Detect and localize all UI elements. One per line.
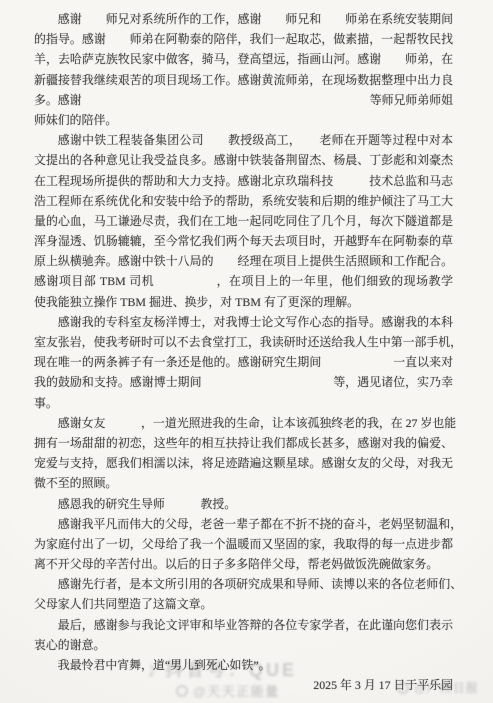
text-line: 为家庭付出了一切，父母给了我一个温暖而又坚固的家，我取得的每一点进步都	[34, 534, 453, 554]
text-line: 羊，去哈萨克族牧民家中做客，骑马，登高望远，指画山河。感谢 师弟，在	[34, 49, 453, 69]
text-line: 感谢女友 ，一道光照进我的生命，让本该孤独终老的我，在 27 岁也能	[34, 413, 453, 433]
text-line: 多。感谢 等师兄师弟师姐	[34, 90, 453, 110]
text-line: 原上纵横驰奔。感谢中铁十八局的 经理在项目上提供生活照顾和工作配合。	[34, 251, 453, 271]
text-line: 浑身湿透、饥肠辘辘，至今常忆我们两个每天去项目时，开越野车在阿勒泰的草	[34, 231, 453, 251]
text-line: 感谢中铁工程装备集团公司 教授级高工， 老师在开题等过程中对本	[34, 130, 453, 150]
text-line: 我的鼓励和支持。感谢博士期间 等，遇见诸位，实乃幸	[34, 372, 453, 392]
text-line: 感恩我的研究生导师 教授。	[34, 494, 453, 514]
acknowledgement-text: 感谢 师兄对系统所作的工作，感谢 师兄和 师弟在系统安装期间 的指导。感谢 师弟…	[34, 9, 453, 695]
text-line: 衷心的谢意。	[34, 635, 453, 655]
text-line-left: 多。感谢	[34, 90, 82, 110]
text-line: 室友张岩，使我考研时可以不去食堂打工，我读研时还送给我人生中第一部手机，	[34, 332, 453, 352]
text-line: 新疆接替我继续艰苦的项目现场工作。感谢黄流师弟，在现场数据整理中出力良	[34, 70, 453, 90]
text-line: 微不至的照顾。	[34, 473, 453, 493]
text-line: 感谢 师兄对系统所作的工作，感谢 师兄和 师弟在系统安装期间	[34, 9, 453, 29]
text-line: 我最怜君中宵舞，道“男儿到死心如铁”。	[34, 655, 453, 675]
thesis-acknowledgement-photo: ♪ 抖音号：QUE @天天正能量 @广州日报 感谢 师兄对系统所作的工作，感谢 …	[0, 0, 493, 703]
text-line: 感谢我的专科室友杨洋博士，对我博士论文写作心态的指导。感谢我的本科	[34, 312, 453, 332]
text-line: 感谢项目部 TBM 司机 ，在项目上的一年里，他们细致的现场教学	[34, 271, 453, 291]
text-line: 宠爱与支持，愿我们相濡以沫，将足迹踏遍这颗星球。感谢女友的父母，对我无	[34, 453, 453, 473]
text-line: 在工程现场所提供的帮助和大力支持。感谢北京玖瑞科技 技术总监和马志	[34, 171, 453, 191]
text-line: 使我能独立操作 TBM 掘进、换步，对 TBM 有了更深的理解。	[34, 292, 453, 312]
text-line: 离不开父母的辛苦付出。以后的日子多多陪伴父母，帮老妈做饭洗碗做家务。	[34, 554, 453, 574]
date-line: 2025 年 3 月 17 日于平乐园	[34, 675, 453, 695]
text-line: 最后，感谢参与我论文评审和毕业答辩的各位专家学者，在此谨向您们表示	[34, 615, 453, 635]
text-line: 量的心血，马工谦逊尽责，我们在工地一起同吃同住了几个月，每次下隧道都是	[34, 211, 453, 231]
text-line: 拥有一场甜甜的初恋，这些年的相互扶持让我们都成长甚多，感谢对我的偏爱、	[34, 433, 453, 453]
text-line: 师妹们的陪伴。	[34, 110, 453, 130]
text-line: 事。	[34, 393, 453, 413]
text-line: 浩工程师在系统优化和安装中给予的帮助，系统安装和后期的维护倾注了马工大	[34, 191, 453, 211]
text-line-right: 等师兄师弟师姐	[370, 90, 453, 110]
text-line: 现在唯一的两条裤子有一条还是他的。感谢研究生期间 一直以来对	[34, 352, 453, 372]
text-line: 感谢我平凡而伟大的父母，老爸一辈子都在不折不挠的奋斗，老妈坚韧温和，	[34, 514, 453, 534]
text-line: 的指导。感谢 师弟在阿勒泰的陪伴，我们一起取芯，做素描，一起帮牧民找	[34, 29, 453, 49]
text-line: 文提出的各种意见让我受益良多。感谢中铁装备荆留杰、杨晨、丁彭彪和刘豪杰	[34, 150, 453, 170]
text-line: 父母家人们共同塑造了这篇文章。	[34, 594, 453, 614]
text-line: 感谢先行者，是本文所引用的各项研究成果和导师、读博以来的各位老师们、	[34, 574, 453, 594]
